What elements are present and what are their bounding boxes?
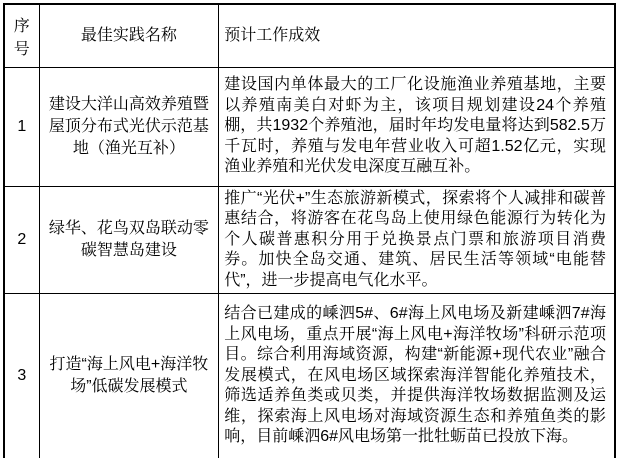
expected-effect: 建设国内单体最大的工厂化设施渔业养殖基地，主要以养殖南美白对虾为主，该项目规划建… — [219, 67, 615, 186]
expected-effect: 结合已建成的嵊泗5#、6#海上风电场及新建嵊泗7#海上风电场，重点开展“海上风电… — [219, 294, 615, 458]
table-row: 2 绿华、花鸟双岛联动零碳智慧岛建设 推广“光伏+”生态旅游新模式，探索将个人减… — [4, 186, 615, 294]
table-row: 3 打造“海上风电+海洋牧场”低碳发展模式 结合已建成的嵊泗5#、6#海上风电场… — [4, 294, 615, 458]
table-header-row: 序号 最佳实践名称 预计工作成效 — [4, 4, 615, 67]
document-page: 序号 最佳实践名称 预计工作成效 1 建设大洋山高效养殖暨屋顶分布式光伏示范基地… — [0, 0, 619, 458]
practice-name: 绿华、花鸟双岛联动零碳智慧岛建设 — [39, 186, 219, 294]
practice-name: 打造“海上风电+海洋牧场”低碳发展模式 — [39, 294, 219, 458]
table-row: 1 建设大洋山高效养殖暨屋顶分布式光伏示范基地（渔光互补） 建设国内单体最大的工… — [4, 67, 615, 186]
row-serial-number: 1 — [4, 67, 39, 186]
expected-effect: 推广“光伏+”生态旅游新模式，探索将个人减排和碳普惠结合，将游客在花鸟岛上使用绿… — [219, 186, 615, 294]
header-practice-name: 最佳实践名称 — [39, 4, 219, 67]
row-serial-number: 3 — [4, 294, 39, 458]
practice-name: 建设大洋山高效养殖暨屋顶分布式光伏示范基地（渔光互补） — [39, 67, 219, 186]
best-practices-table: 序号 最佳实践名称 预计工作成效 1 建设大洋山高效养殖暨屋顶分布式光伏示范基地… — [3, 3, 616, 458]
header-expected-effect: 预计工作成效 — [219, 4, 615, 67]
header-serial-number: 序号 — [4, 4, 39, 67]
row-serial-number: 2 — [4, 186, 39, 294]
